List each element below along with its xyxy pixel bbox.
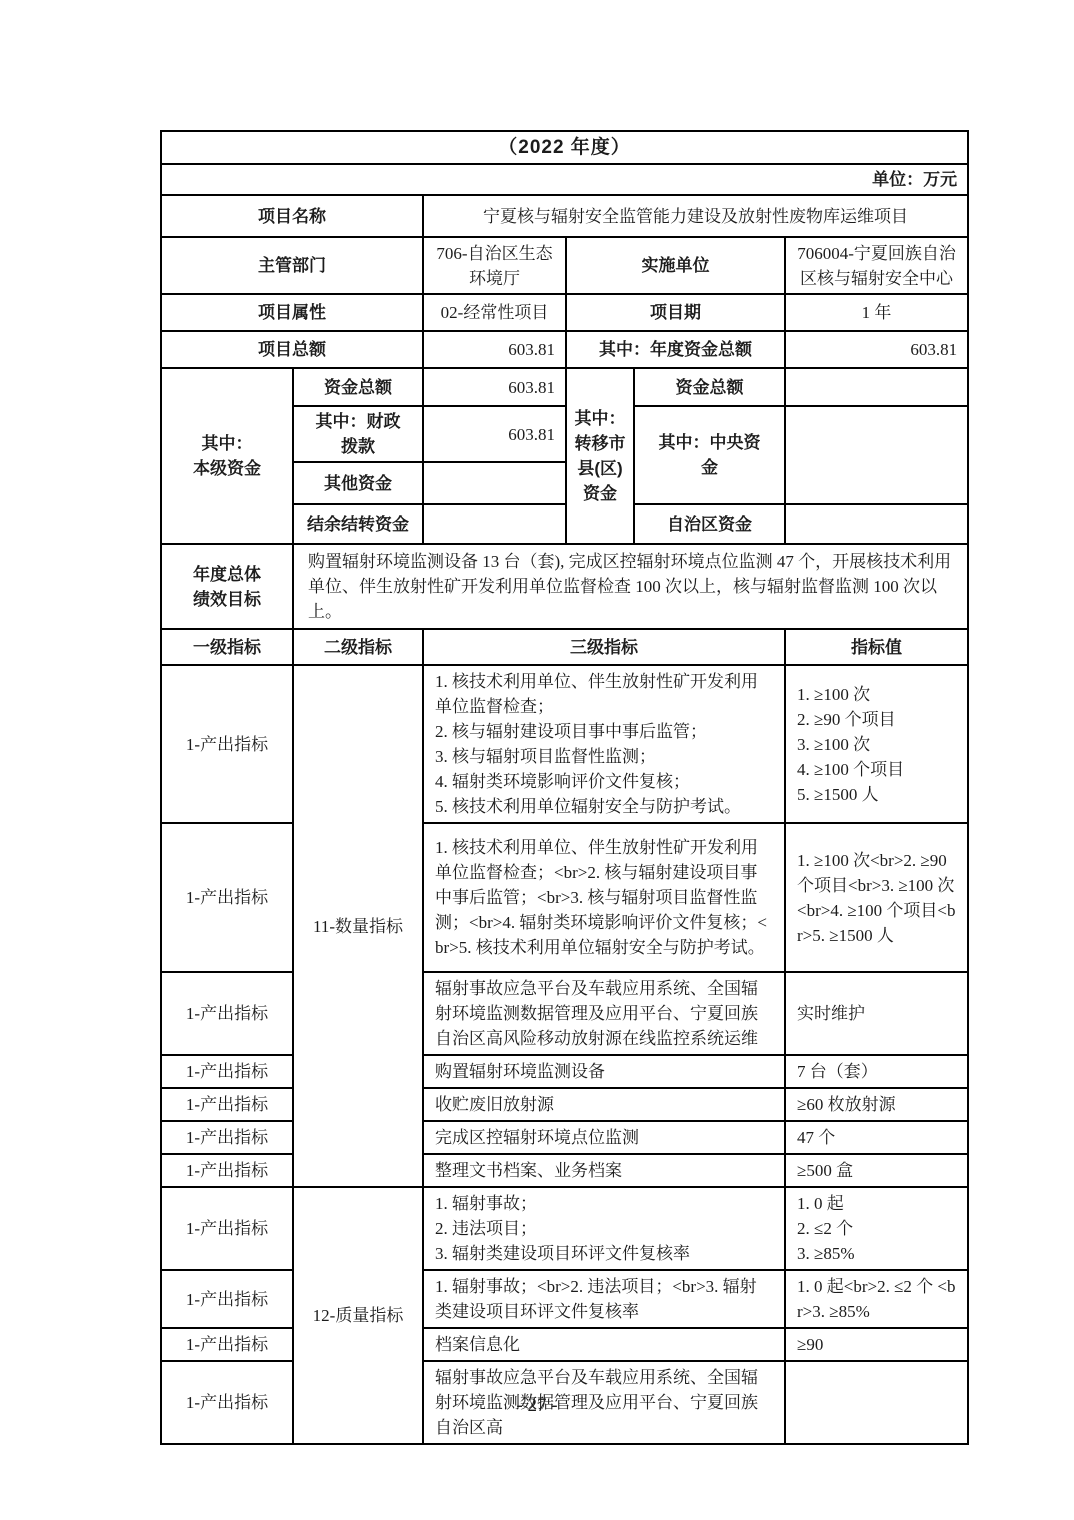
indicator-row: 1-产出指标 完成区控辐射环境点位监测 47 个 — [161, 1121, 968, 1154]
level3-cell: 1. 核技术利用单位、伴生放射性矿开发利用单位监督检查；<br>2. 核与辐射建… — [423, 823, 785, 972]
title-row: （2022 年度） — [161, 131, 968, 164]
level3-cell: 档案信息化 — [423, 1328, 785, 1361]
level1-cell: 1-产出指标 — [161, 1270, 293, 1328]
level1-cell: 1-产出指标 — [161, 1121, 293, 1154]
indicator-row: 1-产出指标 整理文书档案、业务档案 ≥500 盒 — [161, 1154, 968, 1187]
regional-funds-label: 自治区资金 — [634, 504, 785, 544]
page-number: - 27 - — [0, 1395, 1074, 1417]
level1-cell: 1-产出指标 — [161, 1328, 293, 1361]
annual-total-label: 其中：年度资金总额 — [566, 331, 785, 368]
indicator-row: 1-产出指标 购置辐射环境监测设备 7 台（套） — [161, 1055, 968, 1088]
indicator-row: 1-产出指标 11-数量指标 1. 核技术利用单位、伴生放射性矿开发利用单位监督… — [161, 665, 968, 823]
total-label: 项目总额 — [161, 331, 423, 368]
fund-total-value: 603.81 — [423, 368, 566, 406]
indicator-row: 1-产出指标 1. 辐射事故；<br>2. 违法项目；<br>3. 辐射类建设项… — [161, 1270, 968, 1328]
carryover-funds-value — [423, 504, 566, 544]
level3-cell: 收贮废旧放射源 — [423, 1088, 785, 1121]
level1-cell: 1-产出指标 — [161, 1055, 293, 1088]
indicator-row: 1-产出指标 1. 核技术利用单位、伴生放射性矿开发利用单位监督检查；<br>2… — [161, 823, 968, 972]
department-label: 主管部门 — [161, 237, 423, 294]
indicator-header-row: 一级指标 二级指标 三级指标 指标值 — [161, 629, 968, 665]
level1-cell: 1-产出指标 — [161, 1088, 293, 1121]
other-funds-value — [423, 462, 566, 504]
indicator-row: 1-产出指标 收贮废旧放射源 ≥60 枚放射源 — [161, 1088, 968, 1121]
fiscal-appropriation-label: 其中：财政拨款 — [293, 406, 423, 462]
value-cell: ≥90 — [785, 1328, 968, 1361]
project-name-value: 宁夏核与辐射安全监管能力建设及放射性废物库运维项目 — [423, 195, 968, 237]
level3-cell: 1. 辐射事故； 2. 违法项目； 3. 辐射类建设项目环评文件复核率 — [423, 1187, 785, 1270]
project-name-row: 项目名称 宁夏核与辐射安全监管能力建设及放射性废物库运维项目 — [161, 195, 968, 237]
fiscal-appropriation-value: 603.81 — [423, 406, 566, 462]
annual-goal-label: 年度总体 绩效目标 — [161, 544, 293, 629]
indicator-row: 1-产出指标 12-质量指标 1. 辐射事故； 2. 违法项目； 3. 辐射类建… — [161, 1187, 968, 1270]
page-title: （2022 年度） — [161, 131, 968, 164]
value-cell: 47 个 — [785, 1121, 968, 1154]
level3-header: 三级指标 — [423, 629, 785, 665]
value-cell: ≥500 盒 — [785, 1154, 968, 1187]
level3-cell: 整理文书档案、业务档案 — [423, 1154, 785, 1187]
annual-total-value: 603.81 — [785, 331, 968, 368]
period-label: 项目期 — [566, 294, 785, 331]
level3-cell: 1. 核技术利用单位、伴生放射性矿开发利用单位监督检查； 2. 核与辐射建设项目… — [423, 665, 785, 823]
level1-header: 一级指标 — [161, 629, 293, 665]
transfer-total-label: 资金总额 — [634, 368, 785, 406]
level3-cell: 购置辐射环境监测设备 — [423, 1055, 785, 1088]
value-cell: 实时维护 — [785, 972, 968, 1055]
other-funds-label: 其他资金 — [293, 462, 423, 504]
transfer-total-value — [785, 368, 968, 406]
value-cell: ≥60 枚放射源 — [785, 1088, 968, 1121]
department-row: 主管部门 706-自治区生态环境厅 实施单位 706004-宁夏回族自治区核与辐… — [161, 237, 968, 294]
attribute-value: 02-经常性项目 — [423, 294, 566, 331]
attribute-row: 项目属性 02-经常性项目 项目期 1 年 — [161, 294, 968, 331]
total-row: 项目总额 603.81 其中：年度资金总额 603.81 — [161, 331, 968, 368]
level1-cell: 1-产出指标 — [161, 1154, 293, 1187]
value-cell: 1. 0 起<br>2. ≤2 个 <br>3. ≥85% — [785, 1270, 968, 1328]
value-header: 指标值 — [785, 629, 968, 665]
fund-total-label: 资金总额 — [293, 368, 423, 406]
annual-goal-row: 年度总体 绩效目标 购置辐射环境监测设备 13 台（套), 完成区控辐射环境点位… — [161, 544, 968, 629]
central-funds-value — [785, 406, 968, 504]
impl-unit-label: 实施单位 — [566, 237, 785, 294]
value-cell: 1. ≥100 次 2. ≥90 个项目 3. ≥100 次 4. ≥100 个… — [785, 665, 968, 823]
indicator-row: 1-产出指标 档案信息化 ≥90 — [161, 1328, 968, 1361]
annual-goal-text: 购置辐射环境监测设备 13 台（套), 完成区控辐射环境点位监测 47 个，开展… — [293, 544, 968, 629]
value-cell: 7 台（套） — [785, 1055, 968, 1088]
level3-cell: 辐射事故应急平台及车载应用系统、全国辐射环境监测数据管理及应用平台、宁夏回族自治… — [423, 972, 785, 1055]
transfer-funds-label: 其中： 转移市 县(区) 资金 — [566, 368, 634, 544]
unit-label: 单位：万元 — [161, 164, 968, 195]
level1-cell: 1-产出指标 — [161, 665, 293, 823]
department-value: 706-自治区生态环境厅 — [423, 237, 566, 294]
level1-cell: 1-产出指标 — [161, 972, 293, 1055]
value-cell: 1. ≥100 次<br>2. ≥90 个项目<br>3. ≥100 次<br>… — [785, 823, 968, 972]
period-value: 1 年 — [785, 294, 968, 331]
level1-cell: 1-产出指标 — [161, 1187, 293, 1270]
level2-header: 二级指标 — [293, 629, 423, 665]
document-page: （2022 年度） 单位：万元 项目名称 宁夏核与辐射安全监管能力建设及放射性废… — [0, 0, 1074, 1520]
value-cell: 1. 0 起 2. ≤2 个 3. ≥85% — [785, 1187, 968, 1270]
carryover-funds-label: 结余结转资金 — [293, 504, 423, 544]
table-sheet: （2022 年度） 单位：万元 项目名称 宁夏核与辐射安全监管能力建设及放射性废… — [160, 130, 969, 1445]
level2-quantity-cell: 11-数量指标 — [293, 665, 423, 1187]
level1-cell: 1-产出指标 — [161, 823, 293, 972]
level3-cell: 完成区控辐射环境点位监测 — [423, 1121, 785, 1154]
level3-cell: 1. 辐射事故；<br>2. 违法项目；<br>3. 辐射类建设项目环评文件复核… — [423, 1270, 785, 1328]
total-value: 603.81 — [423, 331, 566, 368]
unit-row: 单位：万元 — [161, 164, 968, 195]
local-funds-label: 其中： 本级资金 — [161, 368, 293, 544]
impl-unit-value: 706004-宁夏回族自治区核与辐射安全中心 — [785, 237, 968, 294]
fund-row: 其中： 本级资金 资金总额 603.81 其中： 转移市 县(区) 资金 资金总… — [161, 368, 968, 406]
attribute-label: 项目属性 — [161, 294, 423, 331]
central-funds-label: 其中：中央资金 — [634, 406, 785, 504]
project-name-label: 项目名称 — [161, 195, 423, 237]
regional-funds-value — [785, 504, 968, 544]
indicator-row: 1-产出指标 辐射事故应急平台及车载应用系统、全国辐射环境监测数据管理及应用平台… — [161, 972, 968, 1055]
performance-target-table: （2022 年度） 单位：万元 项目名称 宁夏核与辐射安全监管能力建设及放射性废… — [160, 130, 969, 1445]
